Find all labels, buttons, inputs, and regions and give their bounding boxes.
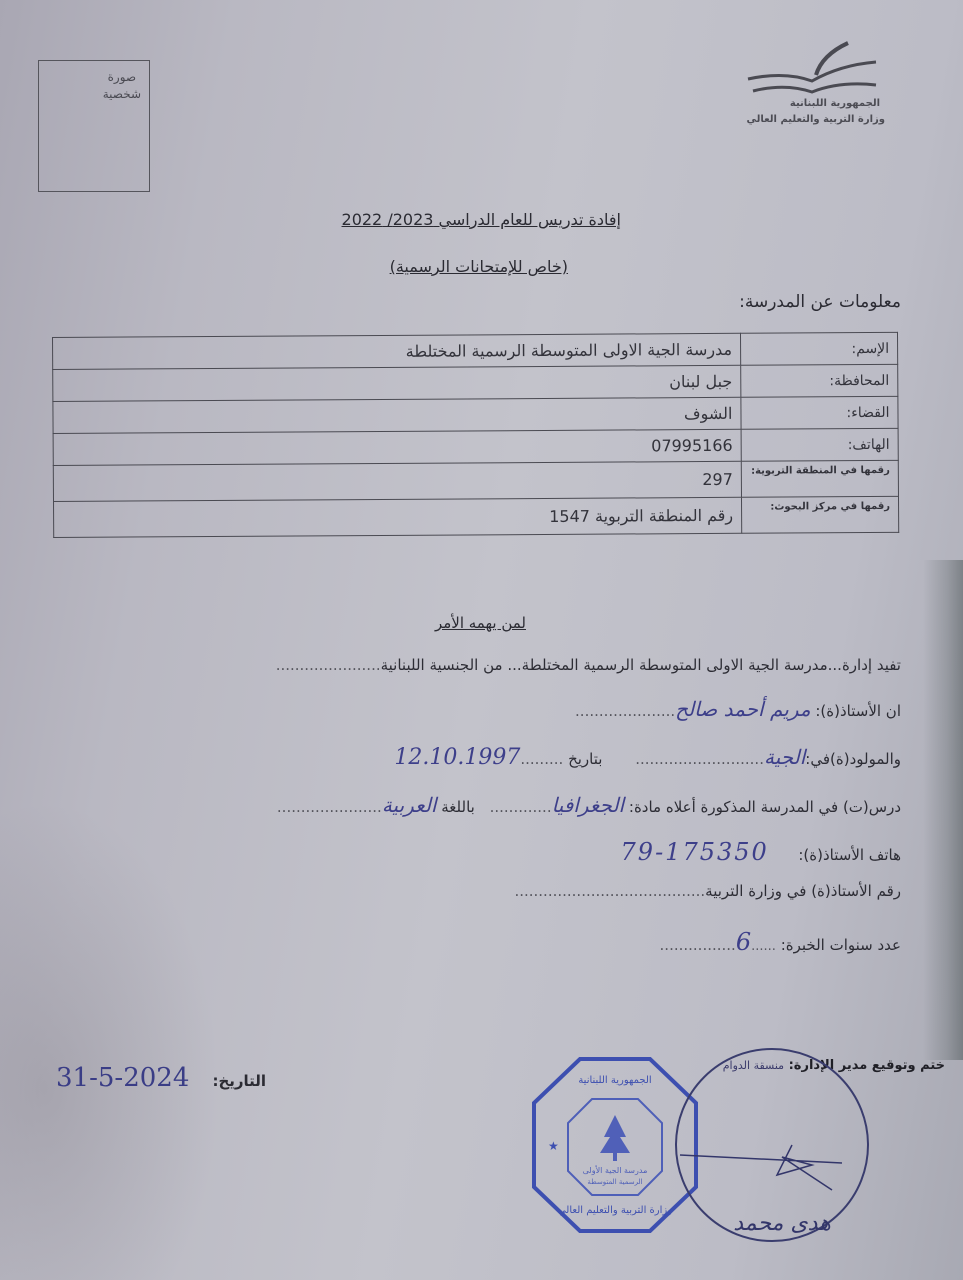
governorate-label: المحافظة: bbox=[741, 364, 898, 397]
republic-name: الجمهورية اللبنانية bbox=[790, 98, 880, 109]
language-handwritten: العربية bbox=[382, 793, 437, 817]
teacher-phone-line: هاتف الأستاذ(ة): 79-175350 bbox=[621, 838, 901, 866]
experience-label: عدد سنوات الخبرة: bbox=[781, 936, 901, 954]
birthdate-label: بتاريخ bbox=[568, 750, 602, 768]
teacher-phone-field: 79-175350 bbox=[621, 838, 769, 866]
svg-text:★: ★ bbox=[548, 1139, 559, 1153]
fill-dots: ........................... bbox=[635, 750, 764, 768]
experience-handwritten: 6 bbox=[736, 928, 751, 956]
photo-label-line2: شخصية bbox=[103, 86, 141, 103]
table-row: الإسم: مدرسة الجية الاولى المتوسطة الرسم… bbox=[53, 332, 898, 369]
fill-dots: ...................... bbox=[276, 656, 381, 674]
school-name-value: مدرسة الجية الاولى المتوسطة الرسمية المخ… bbox=[53, 333, 741, 369]
district-value: الشوف bbox=[53, 397, 741, 433]
fill-dots: ............. bbox=[490, 798, 552, 816]
ministry-number-line: رقم الأستاذ(ة) في وزارة التربية.........… bbox=[514, 882, 901, 900]
fill-dots: ........................................ bbox=[514, 882, 705, 900]
school-info-table: الإسم: مدرسة الجية الاولى المتوسطة الرسم… bbox=[52, 332, 899, 538]
table-row: المحافظة: جبل لبنان bbox=[53, 364, 898, 401]
nationality-text: من الجنسية اللبنانية bbox=[381, 656, 508, 674]
open-book-icon bbox=[740, 35, 880, 95]
coordinator-stamp-icon: هدى محمد bbox=[672, 1045, 872, 1245]
fill-dots: ..................... bbox=[575, 702, 675, 720]
school-info-heading: معلومات عن المدرسة: bbox=[739, 292, 901, 312]
fill-dots: ......... bbox=[520, 750, 563, 768]
birthdate-handwritten: 12.10.1997 bbox=[394, 745, 520, 770]
research-center-number-value: رقم المنطقة التربوية 1547 bbox=[54, 497, 742, 537]
photo-placeholder: صورة شخصية bbox=[38, 60, 150, 192]
document-title: إفادة تدريس للعام الدراسي 2023/ 2022 bbox=[342, 210, 621, 229]
ministry-logo: الجمهورية اللبنانية وزارة التربية والتعل… bbox=[735, 35, 905, 130]
district-label: القضاء: bbox=[741, 396, 898, 429]
language-label: باللغة bbox=[441, 798, 475, 816]
birth-line: والمولود(ة)في:الجية.....................… bbox=[394, 745, 901, 770]
birthplace-label: والمولود(ة)في: bbox=[805, 750, 901, 768]
subject-handwritten: الجغرافيا bbox=[552, 793, 625, 817]
issue-date-label: التاريخ: bbox=[212, 1072, 266, 1090]
birthplace-handwritten: الجية bbox=[764, 745, 805, 769]
table-row: القضاء: الشوف bbox=[53, 396, 898, 433]
svg-text:الرسمية المتوسطة: الرسمية المتوسطة bbox=[587, 1178, 642, 1186]
ministry-name: وزارة التربية والتعليم العالي bbox=[747, 114, 885, 125]
table-row: رقمها في المنطقة التربوية: 297 bbox=[53, 460, 898, 501]
subject-label: درس(ت) في المدرسة المذكورة أعلاه مادة: bbox=[629, 798, 901, 816]
fill-dots: ...................... bbox=[277, 798, 382, 816]
document-page: صورة شخصية الجمهورية اللبنانية وزارة الت… bbox=[0, 0, 963, 1280]
teacher-name-handwritten: مريم أحمد صالح bbox=[675, 697, 810, 721]
certifying-line: تفيد إدارة...مدرسة الجية الاولى المتوسطة… bbox=[276, 656, 901, 674]
fill-dots: ................ bbox=[660, 936, 736, 954]
phone-label: الهاتف: bbox=[741, 428, 898, 461]
to-whom-heading: لمن يهمه الأمر bbox=[435, 614, 526, 632]
photo-label-line1: صورة bbox=[103, 69, 141, 86]
governorate-value: جبل لبنان bbox=[53, 365, 741, 401]
teacher-line: ان الأستاذ(ة): مريم أحمد صالح...........… bbox=[575, 697, 901, 721]
teacher-phone-label: هاتف الأستاذ(ة): bbox=[798, 846, 901, 864]
teacher-phone-handwritten: 79-175350 bbox=[621, 838, 769, 866]
table-row: الهاتف: 07995166 bbox=[53, 428, 898, 465]
svg-text:الجمهورية اللبنانية: الجمهورية اللبنانية bbox=[578, 1075, 651, 1086]
school-name-inline: ...مدرسة الجية الاولى المتوسطة الرسمية ا… bbox=[507, 656, 842, 674]
research-center-number-label: رقمها في مركز البحوث: bbox=[741, 496, 898, 533]
page-shadow bbox=[0, 800, 220, 1280]
document-subtitle: (خاص للإمتحانات الرسمية) bbox=[390, 257, 568, 276]
experience-line: عدد سنوات الخبرة: ......6...............… bbox=[660, 928, 901, 956]
svg-text:مدرسة الجية الأولى: مدرسة الجية الأولى bbox=[583, 1165, 648, 1175]
page-shadow bbox=[923, 560, 963, 1060]
svg-text:هدى محمد: هدى محمد bbox=[733, 1211, 831, 1236]
teacher-label: ان الأستاذ(ة): bbox=[815, 702, 901, 720]
issue-date: التاريخ: 31-5-2024 bbox=[56, 1063, 266, 1093]
subject-line: درس(ت) في المدرسة المذكورة أعلاه مادة: ا… bbox=[277, 793, 901, 817]
school-name-label: الإسم: bbox=[740, 332, 897, 365]
region-number-label: رقمها في المنطقة التربوية: bbox=[741, 460, 898, 497]
region-number-value: 297 bbox=[53, 461, 741, 501]
ministry-number-label: رقم الأستاذ(ة) في وزارة التربية bbox=[705, 882, 901, 900]
svg-text:وزارة التربية والتعليم العالي: وزارة التربية والتعليم العالي bbox=[558, 1205, 672, 1216]
certifies-text: تفيد إدارة bbox=[842, 656, 901, 674]
issue-date-handwritten: 31-5-2024 bbox=[56, 1063, 189, 1093]
phone-value: 07995166 bbox=[53, 429, 741, 465]
table-row: رقمها في مركز البحوث: رقم المنطقة التربو… bbox=[54, 496, 899, 537]
photo-label: صورة شخصية bbox=[103, 69, 141, 103]
